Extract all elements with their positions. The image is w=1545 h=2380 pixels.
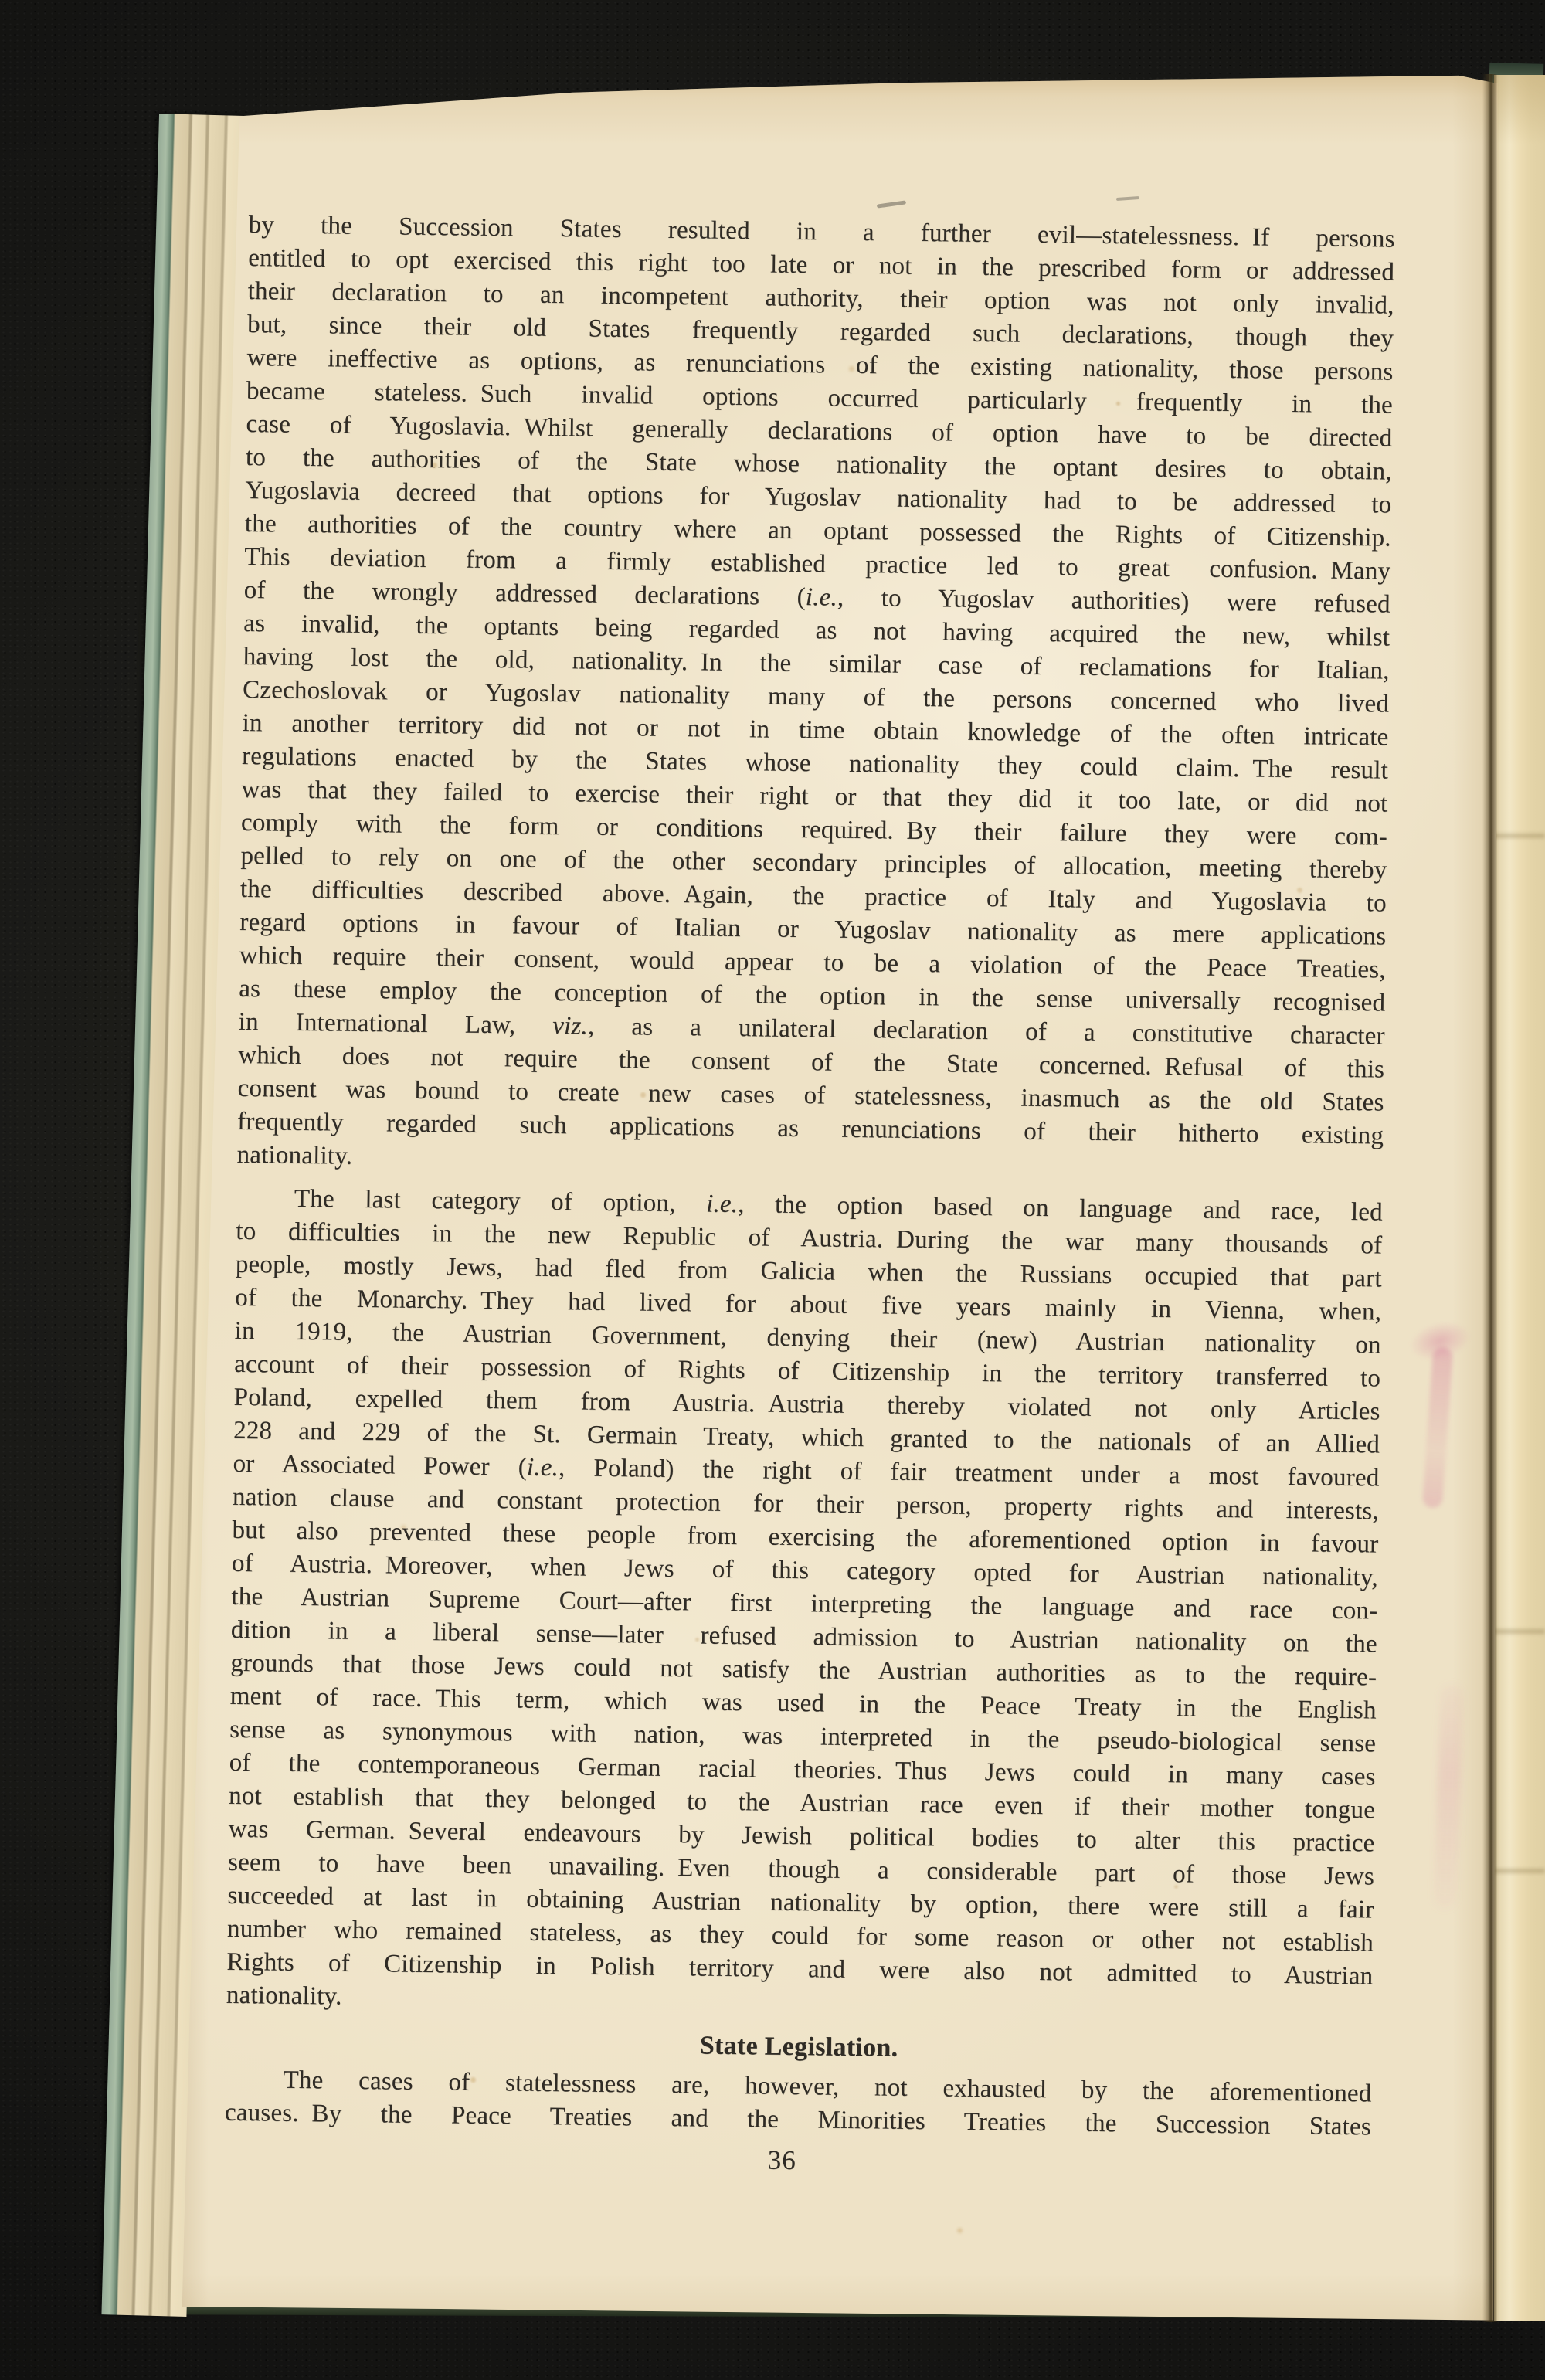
paragraph: by the Succession States resulted in a f… [236, 209, 1395, 1187]
pencil-mark [1116, 196, 1139, 201]
next-page-crease [1494, 1867, 1545, 1875]
foxing-stains [176, 71, 180, 75]
next-page-crease [1494, 1628, 1545, 1635]
paragraphs-after-heading: The cases of statelessness are, however,… [225, 2063, 1372, 2144]
pencil-mark [877, 200, 906, 208]
page-number: 36 [209, 2137, 1355, 2185]
pink-crayon-smudge [1422, 1346, 1453, 1508]
paragraph: The cases of statelessness are, however,… [225, 2063, 1372, 2144]
paragraphs-before-heading: by the Succession States resulted in a f… [226, 209, 1395, 2026]
book-page: by the Succession States resulted in a f… [176, 71, 1499, 2324]
next-page-crease [1494, 832, 1545, 840]
section-heading: State Legislation. [226, 2023, 1372, 2071]
page-text: by the Succession States resulted in a f… [224, 209, 1395, 2185]
gutter-shadow [1482, 74, 1497, 2322]
next-page-sliver [1494, 75, 1545, 2321]
scanned-book-photo: by the Succession States resulted in a f… [0, 0, 1545, 2380]
pink-crayon-smudge [1433, 1684, 1464, 1910]
paragraph: The last category of option, i.e., the o… [226, 1182, 1383, 2027]
